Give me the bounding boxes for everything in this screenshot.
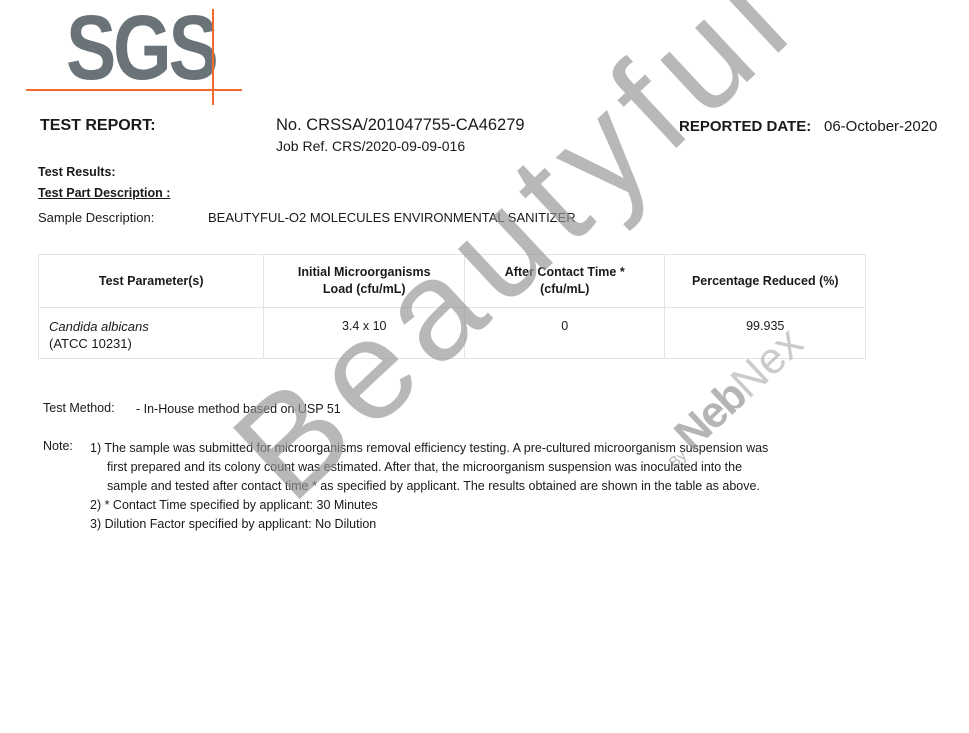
job-reference: Job Ref. CRS/2020-09-09-016 (276, 138, 465, 154)
header-after-contact: After Contact Time * (cfu/mL) (465, 255, 665, 308)
cell-initial-load: 3.4 x 10 (264, 308, 465, 359)
sample-description-value: BEAUTYFUL-O2 MOLECULES ENVIRONMENTAL SAN… (208, 210, 576, 225)
report-number: No. CRSSA/201047755-CA46279 (276, 116, 525, 135)
reported-date-value: 06-October-2020 (824, 118, 937, 135)
organism-name: Candida albicans (49, 318, 263, 335)
note-item-1: 1) The sample was submitted for microorg… (90, 439, 768, 458)
cell-after-contact: 0 (465, 308, 665, 359)
reported-date-label: REPORTED DATE: (679, 118, 811, 135)
header-test-parameter: Test Parameter(s) (39, 255, 264, 308)
table-header-row: Test Parameter(s) Initial Microorganisms… (39, 255, 866, 308)
note-label: Note: (43, 439, 73, 453)
cell-test-parameter: Candida albicans (ATCC 10231) (39, 308, 264, 359)
results-table: Test Parameter(s) Initial Microorganisms… (38, 254, 866, 359)
sample-description-label: Sample Description: (38, 210, 154, 225)
cell-percentage-reduced: 99.935 (665, 308, 866, 359)
sgs-logo: SGS (66, 2, 215, 94)
header-initial-load: Initial Microorganisms Load (cfu/mL) (264, 255, 465, 308)
logo-vertical-line (212, 9, 214, 105)
note-item-1-continued: first prepared and its colony count was … (90, 458, 768, 477)
organism-strain: (ATCC 10231) (49, 335, 263, 352)
notes-list: 1) The sample was submitted for microorg… (90, 439, 768, 534)
test-part-description-heading: Test Part Description : (38, 186, 170, 200)
logo-horizontal-line (26, 89, 242, 91)
test-method-value: - In-House method based on USP 51 (136, 402, 341, 416)
test-report-label: TEST REPORT: (40, 117, 156, 135)
note-item-3: 3) Dilution Factor specified by applican… (90, 515, 768, 534)
test-results-heading: Test Results: (38, 165, 116, 179)
note-item-1-continued: sample and tested after contact time * a… (90, 477, 768, 496)
test-method-label: Test Method: (43, 401, 115, 415)
note-item-2: 2) * Contact Time specified by applicant… (90, 496, 768, 515)
table-row: Candida albicans (ATCC 10231) 3.4 x 10 0… (39, 308, 866, 359)
header-percentage-reduced: Percentage Reduced (%) (665, 255, 866, 308)
